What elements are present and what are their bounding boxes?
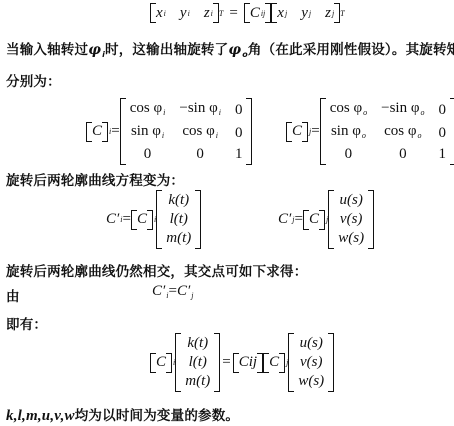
- sub: j: [285, 9, 287, 18]
- cell: cos φo: [381, 122, 424, 145]
- bracket-right: [279, 353, 285, 373]
- curve-equation-i: C′i = Ci k(t) l(t) m(t): [106, 190, 201, 249]
- var-c-prime: C′: [106, 211, 119, 228]
- var-c: C: [137, 211, 147, 228]
- cell: 0: [330, 145, 367, 164]
- cell: k(t): [185, 334, 210, 353]
- variable-list: k,l,m,u,v,w: [6, 408, 75, 424]
- var-c: C: [156, 354, 166, 371]
- sub: i: [188, 9, 190, 18]
- cell: u(s): [338, 191, 364, 210]
- vector: k(t) l(t) m(t): [156, 190, 201, 249]
- cell: 0: [439, 101, 447, 120]
- text: 时，这输出轴旋转了: [105, 42, 228, 58]
- vector-left: k(t) l(t) m(t): [175, 333, 220, 392]
- cell: l(t): [185, 353, 210, 372]
- cell: 1: [235, 145, 243, 164]
- equality-c-prime: C′i=C′j: [152, 283, 194, 300]
- cell: −sin φi: [179, 99, 221, 122]
- paragraph-therefore: 即有：: [6, 313, 47, 333]
- var-c-prime: C′: [177, 283, 190, 299]
- paragraph-intersection: 旋转后两轮廓曲线仍然相交，其交点可如下求得：: [6, 260, 307, 280]
- vector-body: k(t) l(t) m(t): [181, 333, 214, 392]
- var-x: x: [156, 5, 163, 22]
- bracket-right: [450, 98, 454, 165]
- cell: sin φi: [130, 122, 166, 145]
- matrix-body: cos φo −sin φo 0 sin φo cos φo 0 0 0 1: [320, 98, 454, 165]
- cell: cos φi: [130, 99, 166, 122]
- cell: 0: [235, 101, 243, 120]
- phi-i: φ: [88, 42, 101, 58]
- cell: m(t): [166, 229, 191, 248]
- var-cij: Cij: [239, 354, 257, 371]
- sub: j: [309, 9, 311, 18]
- cell: sin φo: [330, 122, 367, 145]
- bracket-right: [319, 210, 325, 230]
- equals: =: [169, 283, 177, 299]
- var-c: C: [250, 5, 260, 22]
- var-c-prime: C′: [152, 283, 165, 299]
- label-from: 由: [6, 285, 20, 305]
- bracket-right: [328, 333, 334, 392]
- var-c: C: [92, 123, 102, 140]
- equals: =: [311, 123, 319, 140]
- paragraph-rotation-intro: 当输入轴转过φi时，这输出轴旋转了φo角（在此采用刚性假设）。其旋转矩阵: [6, 38, 454, 59]
- cell: l(t): [166, 210, 191, 229]
- cell: u(s): [298, 334, 324, 353]
- matrix-grid: cos φo −sin φo 0 sin φo cos φo 0 0 0 1: [326, 98, 450, 165]
- cell: w(s): [338, 229, 364, 248]
- cell: 0: [179, 145, 221, 164]
- cell: w(s): [298, 372, 324, 391]
- vector-right: u(s) v(s) w(s): [288, 333, 334, 392]
- paragraph-line2: 分别为：: [6, 70, 61, 90]
- text: 当输入轴转过: [6, 42, 88, 58]
- var-c-prime: C′: [278, 211, 291, 228]
- equals: =: [123, 211, 131, 228]
- bracket-right: [302, 122, 308, 142]
- rotation-matrix-i: Ci = cos φi −sin φi 0 sin φi cos φi 0 0 …: [86, 98, 252, 165]
- equals: =: [222, 354, 230, 371]
- cell: 0: [235, 124, 243, 143]
- var-c: C: [269, 354, 279, 371]
- cell: 0: [381, 145, 424, 164]
- vector-body: k(t) l(t) m(t): [162, 190, 195, 249]
- text: 均为以时间为变量的参数。: [75, 408, 239, 424]
- vector: u(s) v(s) w(s): [328, 190, 374, 249]
- cell: cos φi: [179, 122, 221, 145]
- equation-transform: xi yi zi T = Cij xj yj zj T: [150, 3, 345, 28]
- var-z: z: [325, 5, 331, 22]
- cell: cos φo: [330, 99, 367, 122]
- cell: k(t): [166, 191, 191, 210]
- bracket-right: [166, 353, 172, 373]
- var-x: x: [277, 5, 284, 22]
- final-equation: Ci k(t) l(t) m(t) = Cij Cj u(s) v(s) w(s…: [150, 333, 334, 392]
- bracket-right: [214, 333, 220, 392]
- cell: v(s): [298, 353, 324, 372]
- var-c: C: [309, 211, 319, 228]
- transpose: T: [340, 9, 344, 18]
- vector-body: u(s) v(s) w(s): [334, 190, 368, 249]
- cell: 0: [130, 145, 166, 164]
- curve-equation-j: C′j = Cj u(s) v(s) w(s): [278, 190, 374, 249]
- cell: 0: [439, 124, 447, 143]
- equals: =: [229, 5, 237, 22]
- sub: j: [191, 291, 193, 300]
- matrix-grid: cos φi −sin φi 0 sin φi cos φi 0 0 0 1: [126, 98, 247, 165]
- vector-body: u(s) v(s) w(s): [294, 333, 328, 392]
- transpose: T: [219, 9, 223, 18]
- bracket-right: [368, 190, 374, 249]
- phi-o: φ: [228, 42, 241, 58]
- var-z: z: [204, 5, 210, 22]
- cell: 1: [439, 145, 447, 164]
- equals: =: [295, 211, 303, 228]
- paragraph-curves: 旋转后两轮廓曲线方程变为：: [6, 169, 184, 189]
- bracket-right: [195, 190, 201, 249]
- bracket-right: [147, 210, 153, 230]
- var-c: C: [292, 123, 302, 140]
- cell: v(s): [338, 210, 364, 229]
- var-y: y: [301, 5, 308, 22]
- bracket-right: [102, 122, 108, 142]
- sub: i: [164, 9, 166, 18]
- cell: m(t): [185, 372, 210, 391]
- rotation-matrix-j: Cj = cos φo −sin φo 0 sin φo cos φo 0 0 …: [286, 98, 454, 165]
- footer-note: k,l,m,u,v,w均为以时间为变量的参数。: [6, 404, 239, 425]
- matrix-body: cos φi −sin φi 0 sin φi cos φi 0 0 0 1: [120, 98, 253, 165]
- equals: =: [111, 123, 119, 140]
- cell: −sin φo: [381, 99, 424, 122]
- var-y: y: [180, 5, 187, 22]
- text: 角（在此采用刚性假设）。其旋转矩阵: [248, 42, 454, 58]
- bracket-right: [246, 98, 252, 165]
